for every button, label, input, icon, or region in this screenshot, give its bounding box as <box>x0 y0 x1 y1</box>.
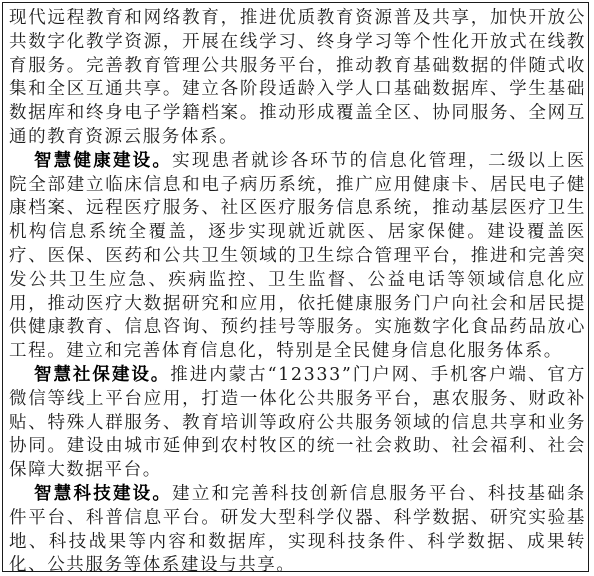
paragraph-education-continuation: 现代远程教育和网络教育，推进优质教育资源普及共享，加快开放公共数字化教学资源，开… <box>9 7 586 150</box>
paragraph-body: 实现患者就诊各环节的信息化管理，二级以上医院全部建立临床信息和电子病历系统，推广… <box>9 151 586 361</box>
paragraph-smart-science-tech: 智慧科技建设。建立和完善科技创新信息服务平台、科技基础条件平台、科普信息平台。研… <box>9 483 586 576</box>
paragraph-smart-health: 智慧健康建设。实现患者就诊各环节的信息化管理，二级以上医院全部建立临床信息和电子… <box>9 150 586 364</box>
document-content: 现代远程教育和网络教育，推进优质教育资源普及共享，加快开放公共数字化教学资源，开… <box>9 7 586 576</box>
paragraph-heading: 智慧社保建设。 <box>34 365 170 385</box>
paragraph-body: 现代远程教育和网络教育，推进优质教育资源普及共享，加快开放公共数字化教学资源，开… <box>9 8 586 147</box>
document-page: 现代远程教育和网络教育，推进优质教育资源普及共享，加快开放公共数字化教学资源，开… <box>0 0 594 576</box>
paragraph-smart-social-security: 智慧社保建设。推进内蒙古“12333”门户网、手机客户端、官方微信等线上平台应用… <box>9 364 586 483</box>
paragraph-heading: 智慧健康建设。 <box>34 151 172 171</box>
paragraph-heading: 智慧科技建设。 <box>34 484 172 504</box>
